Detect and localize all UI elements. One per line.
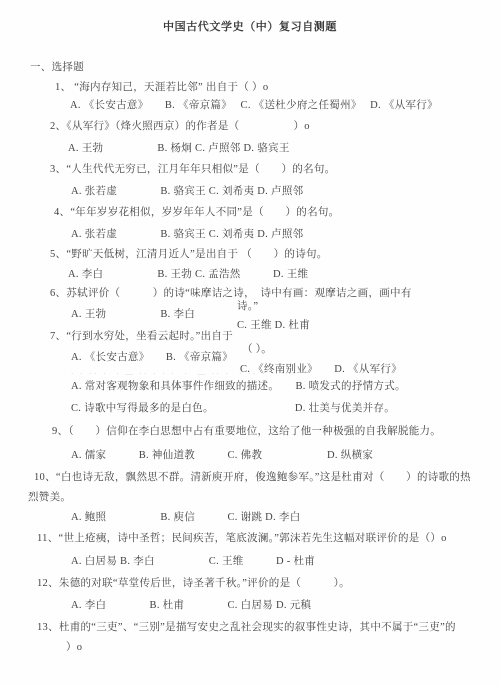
question-4-options: A. 张若虚 B. 骆宾王 C. 刘希夷 D. 卢照邻 [71,229,303,241]
question-1-stem: 1、 “海内存知己，天涯若比邻” 出自于（ ）o [55,82,268,94]
question-10-options: A. 鲍照 B. 庾信 C. 谢跳 D. 李白 [71,512,301,524]
section-heading: 一、选择题 [30,62,84,74]
question-6-options-ab: A. 王勃 B. 李白 [71,309,195,321]
question-7-paren: （ ）。 [242,344,272,356]
question-8-faded-stem: · · ·· · · — ·· · · · · — ·· · · ·· · [71,370,267,379]
question-6-stem: 6、苏轼评价（ ）的诗“味摩诘之诗， 诗中有画：观摩诘之画，画中有 [50,288,412,300]
question-9-options: A. 儒家 B. 神仙道教 C. 佛教 D. 纵横家 [71,450,373,462]
question-2-stem: 2、《从军行》（烽火照西京）的作者是（ ）o [50,121,310,133]
question-6-options-cd: C. 王维 D. 杜甫 [237,320,310,332]
question-13-stem-line2: ）o [66,642,82,654]
question-2-options: A. 王勃 B. 杨炯 C. 卢照邻 D. 骆宾王 [68,143,290,155]
question-10-stem-line2: 烈赞美。 [28,492,71,504]
question-13-stem: 13、杜甫的“三吏”、“三别”是描写安史之乱社会现实的叙事性史诗，其中不属于“三… [37,622,456,634]
question-11-stem: 11、“世上疮痍，诗中圣哲；民间疾苦，笔底波澜。”郭沫若先生这幅对联评价的是（）… [37,533,447,545]
question-5-stem: 5、“野旷天低树，江清月近人”是出自于 （ ）的诗句。 [50,249,328,261]
question-12-stem: 12、朱德的对联“草堂传后世，诗圣著千秋。”评价的是（ ）。 [37,578,350,590]
question-3-options: A. 张若虚 B. 骆宾王 C. 刘希夷 D. 卢照邻 [71,186,303,198]
question-8-options-ab: A. 常对客观物象和具体事件作细致的描述。 B. 喷发式的抒情方式。 [71,381,406,393]
question-7-options-ab: A. 《长安古意》 B. 《帝京篇》 [71,352,233,364]
question-6-stem-wrap: 诗。” [237,301,258,313]
question-1-options: A. 《长安古意》 B. 《帝京篇》 C. 《送杜少府之任蜀州》 D. 《从军行… [70,100,438,112]
document-page: 中国古代文学史（中）复习自测题 一、选择题 1、 “海内存知己，天涯若比邻” 出… [0,0,500,686]
question-9-stem: 9、（ ）信仰在李白思想中占有重要地位，这给了他一种极强的自我解脱能力。 [52,426,441,438]
question-10-stem: 10、“白也诗无敌，飘然思不群。清新庾开府，俊逸鲍参军。”这是杜甫对（ ）的诗歌… [34,472,471,484]
doc-title: 中国古代文学史（中）复习自测题 [0,21,500,33]
question-12-options: A. 李白 B. 杜甫 C. 白居易 D. 元稹 [71,600,311,612]
question-4-stem: 4、“年年岁岁花相似，岁岁年年人不同”是（ ）的名句。 [54,207,339,219]
question-3-stem: 3、“人生代代无穷已，江月年年只相似”是（ ）的名句。 [50,164,335,176]
question-7-stem: 7、“行到水穷处，坐看云起时。”出自于 [50,331,233,343]
question-8-options-cd: C. 诗歌中写得最多的是白色。 D. 壮美与优美并存。 [71,403,395,415]
question-11-options: A. 白居易 B. 李白 C. 王维 D - 杜甫 [71,556,315,568]
question-5-options: A. 李白 B. 王勃 C. 孟浩然 D. 王维 [68,269,308,281]
